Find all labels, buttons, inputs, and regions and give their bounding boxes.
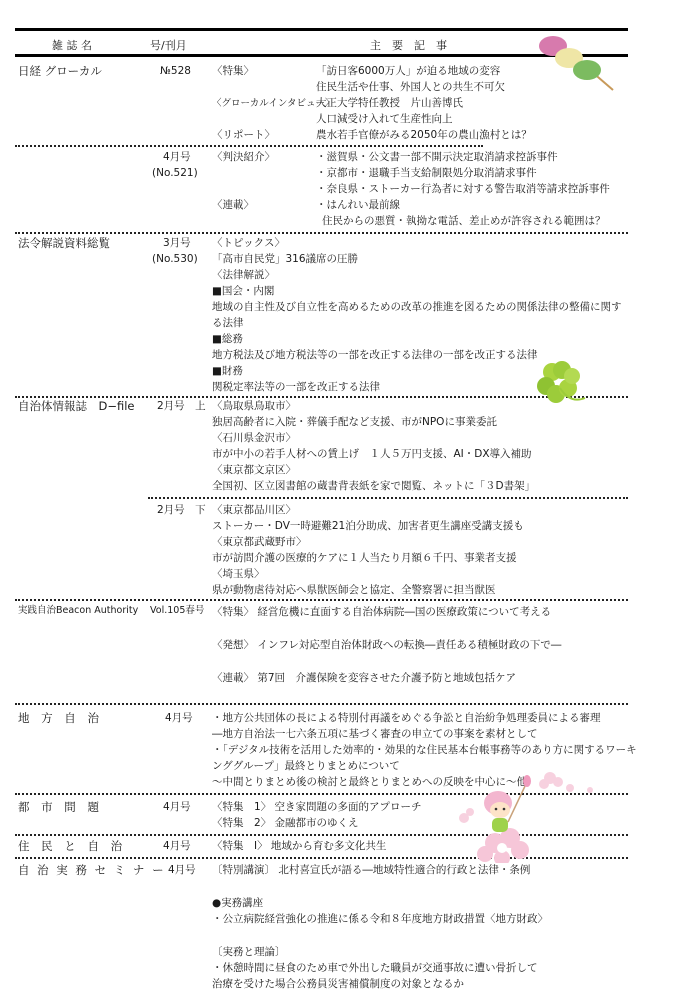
issue-label: 4月号 xyxy=(168,863,196,877)
magazine-name: 都 市 問 題 xyxy=(18,800,103,814)
article-line: 〈埼玉県〉 xyxy=(212,567,265,581)
article-line: 〔実務と理論〕 xyxy=(212,945,286,959)
article-tag: 〈リポート〉 xyxy=(212,128,275,142)
magazine-name: 自 治 実 務 セ ミ ナ ー xyxy=(18,863,166,877)
issue-label: 4月号 xyxy=(165,711,193,725)
article-tag: 〈特集〉 xyxy=(212,64,254,78)
col-header-issue: 号/刊月 xyxy=(150,37,187,53)
article-line: ―地方自治法一七六条五項に基づく審査の申立ての事案を素材として xyxy=(212,727,538,741)
row-divider xyxy=(15,599,628,601)
article-line: る法律 xyxy=(212,316,244,330)
article-line: ・休憩時間に昼食のため車で外出した職員が交通事故に遭い骨折して xyxy=(212,961,538,975)
article-text: 「訪日客6000万人」が迫る地域の変容 xyxy=(316,64,500,78)
article-line: 県が動物虐待対応へ県獣医師会と協定、全警察署に担当獣医 xyxy=(212,583,496,597)
row-divider xyxy=(15,232,628,234)
article-line: ・公立病院経営強化の推進に係る令和８年度地方財政措置〈地方財政〉 xyxy=(212,912,548,926)
article-line: 〈鳥取県鳥取市〉 xyxy=(212,399,296,413)
article-line: ンググループ」最終とりまとめについて xyxy=(212,759,400,773)
issue-label: 3月号 xyxy=(163,236,191,250)
article-line: 全国初、区立図書館の蔵書背表紙を家で閲覧、ネットに「３D書架」 xyxy=(212,479,535,493)
row-divider xyxy=(15,703,628,705)
issue-label: 4月号 xyxy=(163,150,191,164)
article-line: 市が訪問介護の医療的ケアに１人当たり月額６千円、事業者支援 xyxy=(212,551,517,565)
issue-number: (No.530) xyxy=(152,252,198,266)
article-line: 〈連載〉 第7回 介護保険を変容させた介護予防と地域包括ケア xyxy=(212,671,516,685)
row-divider xyxy=(148,497,628,499)
article-text: 住民からの悪質・執拗な電話、差止めが許容される範囲は？ xyxy=(322,214,606,228)
article-line: 〈発想〉 インフレ対応型自治体財政への転換―責任ある積極財政の下で― xyxy=(212,638,561,652)
article-line: 〈特集 2〉 金融都市のゆくえ xyxy=(212,816,359,830)
article-line: 独居高齢者に入院・葬儀手配など支援、市がNPOに事業委託 xyxy=(212,415,497,429)
article-line: 〈特集〉 経営危機に直面する自治体病院―国の医療政策について考える xyxy=(212,605,551,619)
article-text: ・京都市・退職手当支給制限処分取消請求事件 xyxy=(316,166,537,180)
article-text: 住民生活や仕事、外国人との共生不可欠 xyxy=(316,80,505,94)
article-text: 農水若手官僚がみる2050年の農山漁村とは？ xyxy=(316,128,532,142)
col-header-articles: 主 要 記 事 xyxy=(370,37,447,53)
top-rule-full xyxy=(15,28,628,31)
article-line: ■総務 xyxy=(212,332,243,346)
article-line: 関税定率法等の一部を改正する法律 xyxy=(212,380,380,394)
article-line: 〈法律解説〉 xyxy=(212,268,275,282)
dango-icon xyxy=(535,32,615,92)
article-text: ・奈良県・ストーカー行為者に対する警告取消等請求控訴事件 xyxy=(316,182,610,196)
article-line: 地方税法及び地方税法等の一部を改正する法律の一部を改正する法律 xyxy=(212,348,538,362)
clover-icon xyxy=(530,360,590,410)
article-tag: 〈連載〉 xyxy=(212,198,254,212)
article-line: ・地方公共団体の長による特別付再議をめぐる争訟と自治紛争処理委員による審理 xyxy=(212,711,601,725)
article-line: ■国会・内閣 xyxy=(212,284,274,298)
article-text: 大正大学特任教授 片山善博氏 xyxy=(316,96,463,110)
article-line: 地域の自主性及び自立性を高めるための改革の推進を図るための関係法律の整備に関す xyxy=(212,300,622,314)
article-line: 〈特集 1〉 空き家問題の多面的アプローチ xyxy=(212,800,422,814)
article-line: ●実務講座 xyxy=(212,896,263,910)
magazine-name: 地 方 自 治 xyxy=(18,711,103,725)
magazine-table: 雑 誌 名 号/刊月 主 要 記 事 日経 グローカル №528 〈特集〉 「訪… xyxy=(0,0,677,1000)
article-text: 人口減受け入れて生産性向上 xyxy=(316,112,453,126)
magazine-name: 住 民 と 自 治 xyxy=(18,839,126,853)
article-line: ■財務 xyxy=(212,364,243,378)
article-line: ストーカー・DV一時避難21泊分助成、加害者更生講座受講支援も xyxy=(212,519,524,533)
article-tag: 〈判決紹介〉 xyxy=(212,150,275,164)
magazine-name: 法令解説資料総覧 xyxy=(18,236,110,250)
magazine-name: 実践自治Beacon Authority xyxy=(18,604,138,618)
issue-label: 2月号 上 xyxy=(157,399,206,413)
article-line: 〈東京都品川区〉 xyxy=(212,503,296,517)
issue-number: (No.521) xyxy=(152,166,198,180)
article-text: ・滋賀県・公文書一部不開示決定取消請求控訴事件 xyxy=(316,150,558,164)
article-line: 治療を受けた場合公務員災害補償制度の対象となるか xyxy=(212,977,464,991)
magazine-name: 日経 グローカル xyxy=(18,64,102,78)
sakura-fairy-icon xyxy=(450,768,600,863)
issue-label: Vol.105春号 xyxy=(150,604,204,618)
col-header-magazine: 雑 誌 名 xyxy=(52,37,92,53)
issue-label: 2月号 下 xyxy=(157,503,206,517)
issue-label: №528 xyxy=(160,64,191,78)
article-line: 〈石川県金沢市〉 xyxy=(212,431,296,445)
issue-label: 4月号 xyxy=(163,839,191,853)
row-divider xyxy=(15,145,483,147)
article-line: ・「デジタル技術を活用した効率的・効果的な住民基本台帳事務等のあり方に関するワー… xyxy=(212,743,637,757)
article-line: 〈東京都文京区〉 xyxy=(212,463,296,477)
article-line: 〈特集 I〉 地域から育む多文化共生 xyxy=(212,839,386,853)
article-line: 市が中小の若手人材への賃上げ １人５万円支援、AI・DX導入補助 xyxy=(212,447,532,461)
article-line: 「高市自民党」316議席の圧勝 xyxy=(212,252,358,266)
article-line: 〈トピックス〉 xyxy=(212,236,285,250)
magazine-name: 自治体情報誌 D−file xyxy=(18,399,135,413)
article-line: 〈東京都武蔵野市〉 xyxy=(212,535,307,549)
article-text: ・はんれい最前線 xyxy=(316,198,400,212)
article-line: 〔特別講演〕 北村喜宣氏が語る―地域特性適合的行政と法律・条例 xyxy=(212,863,530,877)
issue-label: 4月号 xyxy=(163,800,191,814)
